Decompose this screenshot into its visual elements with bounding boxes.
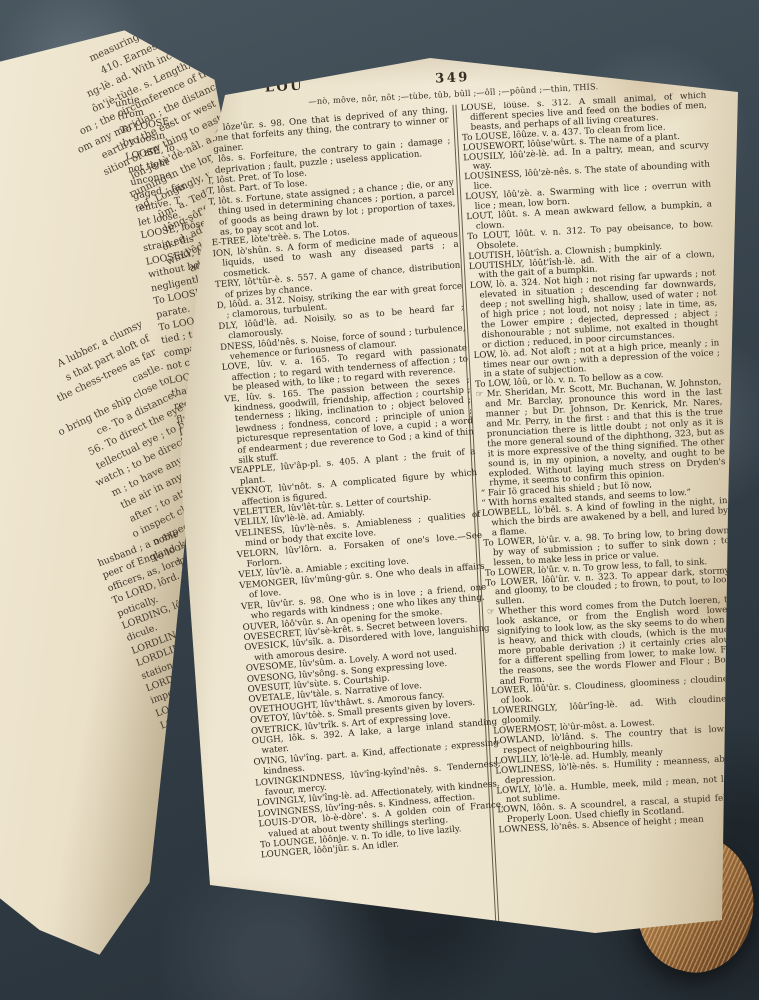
dictionary-column-right: LOUSE, lôûse. s. 312. A small animal, of… <box>460 92 744 837</box>
text-columns: ER, lôze'ûr. s. 98. One that is deprived… <box>202 92 750 947</box>
header-guide-word-right: LOW <box>536 58 705 82</box>
page-content: LOU 349 LOW —nò, môve, nôr, nôt ;—tùbe, … <box>200 58 750 947</box>
photo-of-open-dictionary-on-stone-table: st boate. s. 408. Length ofa. 512. Long-… <box>0 0 759 1000</box>
right-page: LOU 349 LOW —nò, môve, nôr, nôt ;—tùbe, … <box>150 40 750 945</box>
dictionary-entry: ☞ Mr. Sheridan, Mr. Scott, Mr. Buchanan,… <box>475 378 726 490</box>
dictionary-entry: ☞ Whether this word comes from the Dutch… <box>487 596 737 688</box>
